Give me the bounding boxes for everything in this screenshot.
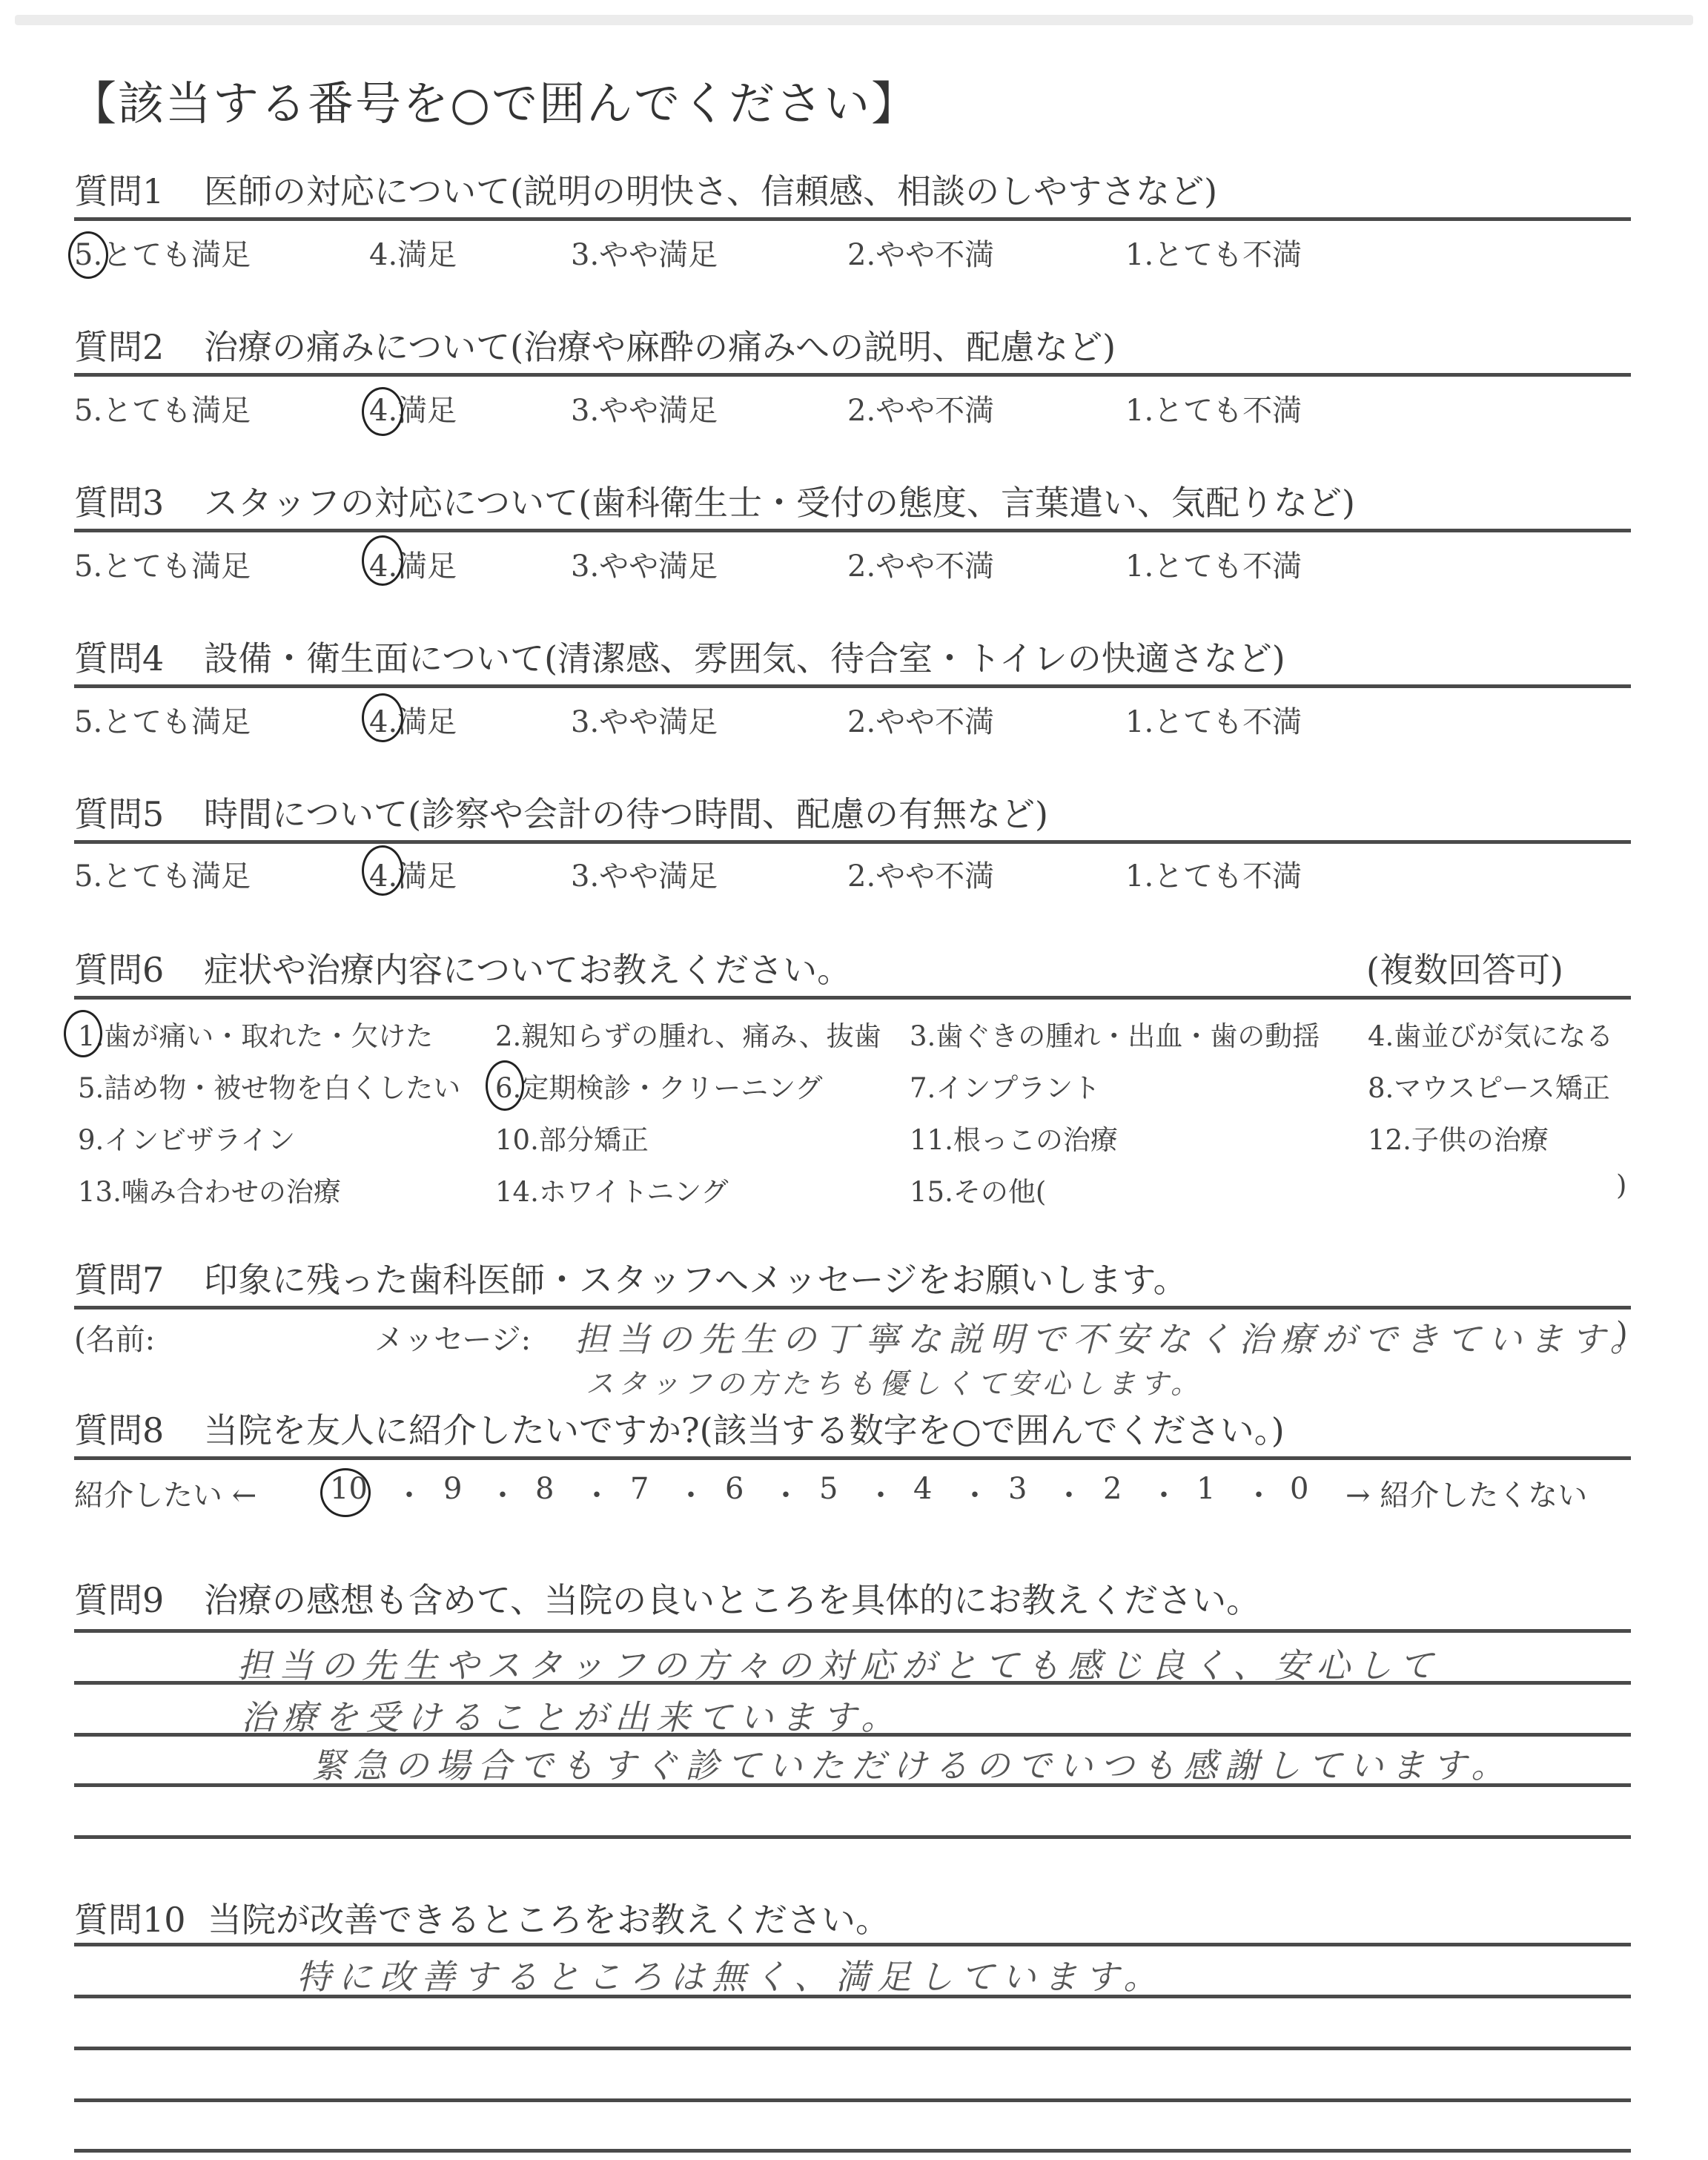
question-3-label: 質問3 [74, 476, 164, 525]
scale-5[interactable]: 5 [819, 1472, 838, 1506]
q5-option-2[interactable]: 2.やや不満 [847, 853, 994, 895]
handwritten-message-line-2: スタッフの方たちも優しくて安心します。 [586, 1361, 1203, 1401]
selection-circle [362, 535, 403, 586]
scale-2[interactable]: 2 [1103, 1472, 1122, 1506]
question-7-text: 印象に残った歯科医師・スタッフへメッセージをお願いします。 [204, 1253, 1188, 1302]
question-10-label: 質問10 [74, 1893, 186, 1942]
divider [74, 529, 1631, 532]
scale-dot: ・ [1149, 1472, 1179, 1514]
recommend-right-label: → 紹介したくない [1345, 1472, 1587, 1514]
q6-option-1[interactable]: 1.歯が痛い・取れた・欠けた [78, 1014, 433, 1054]
selection-circle [362, 387, 403, 436]
scale-1[interactable]: 1 [1196, 1472, 1215, 1506]
q1-option-1[interactable]: 1.とても不満 [1125, 231, 1302, 274]
selection-circle [68, 231, 108, 279]
answer-line [74, 1995, 1631, 1998]
scale-dot: ・ [1054, 1472, 1084, 1514]
q6-option-9[interactable]: 9.インビザライン [78, 1117, 295, 1157]
handwritten-answer-line-1: 特に改善するところは無く、満足しています。 [297, 1950, 1165, 1999]
q6-option-10[interactable]: 10.部分矯正 [495, 1117, 649, 1157]
selection-circle [486, 1060, 524, 1111]
q6-option-13[interactable]: 13.噛み合わせの治療 [78, 1169, 341, 1209]
divider [74, 840, 1631, 844]
q1-option-3[interactable]: 3.やや満足 [571, 231, 718, 274]
q1-option-2[interactable]: 2.やや不満 [847, 231, 994, 274]
q5-option-1[interactable]: 1.とても不満 [1125, 853, 1302, 895]
q2-option-1[interactable]: 1.とても不満 [1125, 387, 1302, 429]
answer-line [74, 2149, 1631, 2153]
answer-line [74, 2098, 1631, 2102]
question-9-label: 質問9 [74, 1573, 164, 1622]
q6-option-14[interactable]: 14.ホワイトニング [495, 1169, 729, 1209]
scale-7[interactable]: 7 [630, 1472, 649, 1506]
question-10-text: 当院が改善できるところをお教えください。 [208, 1893, 890, 1942]
answer-line [74, 1783, 1631, 1787]
question-4-text: 設備・衛生面について(清潔感、雰囲気、待合室・トイレの快適さなど) [204, 632, 1285, 681]
other-close-paren: ) [1616, 1169, 1626, 1201]
question-8-text: 当院を友人に紹介したいですか?(該当する数字を○で囲んでください。) [204, 1404, 1285, 1453]
q4-option-5[interactable]: 5.とても満足 [74, 698, 251, 741]
answer-line [74, 1733, 1631, 1737]
scale-0[interactable]: 0 [1290, 1472, 1308, 1506]
q6-option-12[interactable]: 12.子供の治療 [1368, 1117, 1549, 1157]
question-6-text: 症状や治療内容についてお教えください。 [204, 943, 851, 992]
q6-option-4[interactable]: 4.歯並びが気になる [1368, 1014, 1613, 1054]
question-5-label: 質問5 [74, 787, 164, 836]
scale-dot: ・ [1244, 1472, 1274, 1514]
divider [74, 217, 1631, 221]
q3-option-3[interactable]: 3.やや満足 [571, 543, 718, 585]
divider [74, 1629, 1631, 1633]
scale-dot: ・ [488, 1472, 517, 1514]
q3-option-2[interactable]: 2.やや不満 [847, 543, 994, 585]
q2-option-2[interactable]: 2.やや不満 [847, 387, 994, 429]
message-close-paren: ) [1616, 1316, 1628, 1350]
answer-line [74, 2047, 1631, 2050]
question-8-label: 質問8 [74, 1404, 164, 1453]
divider [74, 1306, 1631, 1309]
selection-circle [362, 693, 403, 742]
scale-dot: ・ [676, 1472, 706, 1514]
message-label: メッセージ: [374, 1316, 531, 1358]
q5-option-5[interactable]: 5.とても満足 [74, 853, 251, 895]
divider [74, 996, 1631, 1000]
scale-9[interactable]: 9 [443, 1472, 462, 1506]
recommend-left-label: 紹介したい ← [74, 1472, 256, 1514]
name-label: (名前: [74, 1316, 155, 1358]
scale-dot: ・ [866, 1472, 896, 1514]
q1-option-4[interactable]: 4.満足 [369, 231, 457, 274]
scale-dot: ・ [582, 1472, 612, 1514]
scale-dot: ・ [394, 1472, 424, 1514]
question-2-text: 治療の痛みについて(治療や麻酔の痛みへの説明、配慮など) [204, 320, 1116, 369]
question-1-label: 質問1 [74, 165, 164, 214]
question-9-text: 治療の感想も含めて、当院の良いところを具体的にお教えください。 [204, 1573, 1260, 1622]
question-4-label: 質問4 [74, 632, 164, 681]
q6-option-11[interactable]: 11.根っこの治療 [910, 1117, 1118, 1157]
scan-top-edge [15, 15, 1693, 25]
q6-option-6[interactable]: 6.定期検診・クリーニング [495, 1066, 823, 1106]
question-2-label: 質問2 [74, 320, 164, 369]
scale-dot: ・ [960, 1472, 990, 1514]
q6-option-2[interactable]: 2.親知らずの腫れ、痛み、抜歯 [495, 1014, 881, 1054]
divider [74, 1456, 1631, 1460]
divider [74, 373, 1631, 377]
question-7-label: 質問7 [74, 1253, 164, 1302]
scale-3[interactable]: 3 [1008, 1472, 1027, 1506]
handwritten-message-line-1: 担当の先生の丁寧な説明で不安なく治療ができています。 [575, 1312, 1651, 1361]
q3-option-1[interactable]: 1.とても不満 [1125, 543, 1302, 585]
q5-option-3[interactable]: 3.やや満足 [571, 853, 718, 895]
answer-line [74, 1681, 1631, 1685]
q4-option-3[interactable]: 3.やや満足 [571, 698, 718, 741]
multiple-answers-note: (複数回答可) [1366, 943, 1563, 992]
divider [74, 1943, 1631, 1946]
q3-option-5[interactable]: 5.とても満足 [74, 543, 251, 585]
question-6-label: 質問6 [74, 943, 164, 992]
q6-option-8[interactable]: 8.マウスピース矯正 [1368, 1066, 1610, 1106]
form-title: 【該当する番号を○で囲んでください】 [70, 67, 918, 133]
selection-circle [362, 845, 403, 896]
q4-option-2[interactable]: 2.やや不満 [847, 698, 994, 741]
question-1-text: 医師の対応について(説明の明快さ、信頼感、相談のしやすさなど) [204, 165, 1217, 214]
question-5-text: 時間について(診察や会計の待つ時間、配慮の有無など) [204, 787, 1048, 836]
q6-option-7[interactable]: 7.インプラント [910, 1066, 1100, 1106]
scale-dot: ・ [771, 1472, 801, 1514]
divider [74, 684, 1631, 688]
scale-6[interactable]: 6 [725, 1472, 744, 1506]
question-3-text: スタッフの対応について(歯科衛生士・受付の態度、言葉遣い、気配りなど) [204, 476, 1355, 525]
q6-option-15[interactable]: 15.その他( [910, 1169, 1046, 1209]
selection-circle [320, 1468, 371, 1517]
scale-8[interactable]: 8 [535, 1472, 554, 1506]
handwritten-answer-line-3: 緊急の場合でもすぐ診ていただけるのでいつも感謝しています。 [311, 1739, 1512, 1788]
selection-circle [64, 1010, 102, 1057]
q2-option-3[interactable]: 3.やや満足 [571, 387, 718, 429]
q4-option-1[interactable]: 1.とても不満 [1125, 698, 1302, 741]
q6-option-3[interactable]: 3.歯ぐきの腫れ・出血・歯の動揺 [910, 1014, 1320, 1054]
q2-option-5[interactable]: 5.とても満足 [74, 387, 251, 429]
answer-line [74, 1835, 1631, 1839]
q6-option-5[interactable]: 5.詰め物・被せ物を白くしたい [78, 1066, 460, 1106]
scale-4[interactable]: 4 [913, 1472, 932, 1506]
